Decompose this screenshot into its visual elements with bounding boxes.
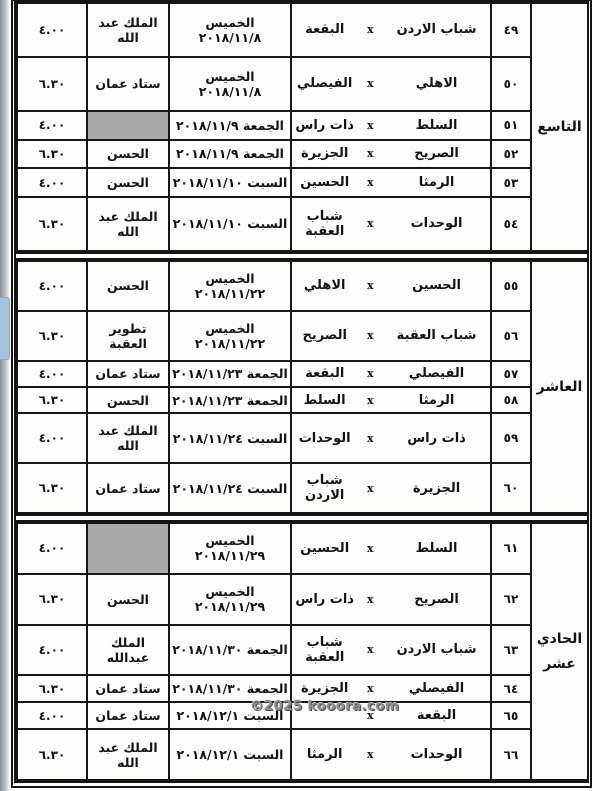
date-cell: الجمعة ٢٠١٨/١١/٢٣ <box>169 387 291 413</box>
match-number: ٦٦ <box>491 729 531 780</box>
match-number: ٥٨ <box>491 387 531 413</box>
stadium-cell: ستاد عمان <box>87 361 169 387</box>
date-cell: الخميس ٢٠١٨/١١/٢٩ <box>169 523 291 574</box>
table-row: ٦٣شباب الاردنxشباب العقبةالجمعة ٢٠١٨/١١/… <box>17 625 588 676</box>
table-row: ٥٨الرمثاxالسلطالجمعة ٢٠١٨/١١/٢٣الحسن٦.٣٠ <box>17 387 588 413</box>
match-cell: شباب الاردنxالبقعة <box>291 3 491 57</box>
round-section: التاسع٤٩شباب الاردنxالبقعةالخميس ٢٠١٨/١١… <box>16 2 589 252</box>
vs-mark: x <box>357 748 383 761</box>
vs-mark: x <box>357 77 383 90</box>
time-cell: ٦.٣٠ <box>17 57 87 111</box>
home-team: الوحدات <box>383 216 490 231</box>
time-cell: ٦.٣٠ <box>17 675 87 702</box>
match-number: ٥٧ <box>491 361 531 387</box>
vs-mark: x <box>357 643 383 656</box>
away-team: شباب العقبة <box>292 635 357 665</box>
home-team: الوحدات <box>383 747 490 762</box>
table-row: ٦٢الصريحxذات راسالخميس ٢٠١٨/١١/٢٩الحسن٦.… <box>17 574 588 625</box>
away-team: الفيصلي <box>292 76 357 91</box>
stadium-cell: الحسن <box>87 168 169 197</box>
date-cell: الجمعة ٢٠١٨/١١/٩ <box>169 111 291 140</box>
date-cell: السبت ٢٠١٨/١١/١٠ <box>169 197 291 251</box>
table-row: العاشر٥٥الحسينxالاهليالخميس ٢٠١٨/١١/٢٢ال… <box>17 261 588 311</box>
match-number: ٥٣ <box>491 168 531 197</box>
time-cell: ٤.٠٠ <box>17 523 87 574</box>
watermark: ©2025 kooora.com <box>250 698 399 714</box>
match-number: ٥٥ <box>491 261 531 311</box>
stadium-cell: تطوير العقبة <box>87 311 169 361</box>
home-team: السلط <box>383 541 490 556</box>
table-row: ٥٣الرمثاxالحسينالسبت ٢٠١٨/١١/١٠الحسن٤.٠٠ <box>17 168 588 197</box>
date-cell: الخميس ٢٠١٨/١١/٢٢ <box>169 261 291 311</box>
stadium-cell: الحسن <box>87 387 169 413</box>
home-team: شباب الاردن <box>383 22 490 37</box>
match-cell: الاهليxالفيصلي <box>291 57 491 111</box>
time-cell: ٤.٠٠ <box>17 3 87 57</box>
time-cell: ٤.٠٠ <box>17 111 87 140</box>
vs-mark: x <box>357 593 383 606</box>
table-row: ٥٢الصريحxالجزيرةالجمعة ٢٠١٨/١١/٩الحسن٦.٣… <box>17 140 588 169</box>
vs-mark: x <box>357 367 383 380</box>
match-cell: السلطxالحسين <box>291 523 491 574</box>
home-team: الحسين <box>383 278 490 293</box>
vs-mark: x <box>357 119 383 132</box>
round-section: الحاديعشر٦١السلطxالحسينالخميس ٢٠١٨/١١/٢٩… <box>16 522 589 781</box>
match-number: ٦٣ <box>491 625 531 676</box>
home-team: الصريح <box>383 146 490 161</box>
away-team: الصريح <box>292 328 357 343</box>
match-cell: الرمثاxالحسين <box>291 168 491 197</box>
date-cell: الخميس ٢٠١٨/١١/٨ <box>169 57 291 111</box>
stadium-cell: ستاد عمان <box>87 463 169 513</box>
match-number: ٥٢ <box>491 140 531 169</box>
date-cell: الجمعة ٢٠١٨/١١/٣٠ <box>169 625 291 676</box>
round-label: العاشر <box>531 261 588 513</box>
table-row: ٥٠الاهليxالفيصليالخميس ٢٠١٨/١١/٨ستاد عما… <box>17 57 588 111</box>
home-team: الجزيرة <box>383 481 490 496</box>
fixtures-sections: التاسع٤٩شباب الاردنxالبقعةالخميس ٢٠١٨/١١… <box>16 2 587 781</box>
time-cell: ٤.٠٠ <box>17 625 87 676</box>
match-cell: الرمثاxالسلط <box>291 387 491 413</box>
time-cell: ٤.٠٠ <box>17 261 87 311</box>
away-team: شباب الاردن <box>292 473 357 503</box>
away-team: الحسين <box>292 541 357 556</box>
vs-mark: x <box>357 394 383 407</box>
round-label-line: العاشر <box>534 379 585 395</box>
round-section: العاشر٥٥الحسينxالاهليالخميس ٢٠١٨/١١/٢٢ال… <box>16 260 589 514</box>
match-cell: شباب الاردنxشباب العقبة <box>291 625 491 676</box>
time-cell: ٤.٠٠ <box>17 168 87 197</box>
away-team: الجزيرة <box>292 681 357 696</box>
section-separator <box>16 252 587 260</box>
match-cell: الصريحxذات راس <box>291 574 491 625</box>
vs-mark: x <box>357 23 383 36</box>
table-row: ٥٤الوحداتxشباب العقبةالسبت ٢٠١٨/١١/١٠الم… <box>17 197 588 251</box>
time-cell: ٦.٣٠ <box>17 729 87 780</box>
away-team: ذات راس <box>292 118 357 133</box>
table-row: الحاديعشر٦١السلطxالحسينالخميس ٢٠١٨/١١/٢٩… <box>17 523 588 574</box>
away-team: شباب العقبة <box>292 209 357 239</box>
vs-mark: x <box>357 176 383 189</box>
match-number: ٥١ <box>491 111 531 140</box>
round-label: التاسع <box>531 3 588 251</box>
stadium-cell: الملك عبد الله <box>87 3 169 57</box>
match-number: ٥٩ <box>491 413 531 463</box>
away-team: السلط <box>292 393 357 408</box>
stadium-cell: الملك عبد الله <box>87 197 169 251</box>
stadium-cell <box>87 523 169 574</box>
date-cell: السبت ٢٠١٨/١١/٢٤ <box>169 413 291 463</box>
table-row: ٥٩ذات راسxالوحداتالسبت ٢٠١٨/١١/٢٤الملك ع… <box>17 413 588 463</box>
match-number: ٥٦ <box>491 311 531 361</box>
section-separator <box>16 514 587 522</box>
date-cell: الجمعة ٢٠١٨/١١/٩ <box>169 140 291 169</box>
stadium-cell: الحسن <box>87 574 169 625</box>
home-team: الاهلي <box>383 76 490 91</box>
match-cell: الوحداتxالرمثا <box>291 729 491 780</box>
match-number: ٥٠ <box>491 57 531 111</box>
time-cell: ٦.٣٠ <box>17 463 87 513</box>
round-label: الحاديعشر <box>531 523 588 780</box>
time-cell: ٦.٣٠ <box>17 574 87 625</box>
match-cell: الحسينxالاهلي <box>291 261 491 311</box>
round-label-line: عشر <box>534 656 585 672</box>
match-cell: الصريحxالجزيرة <box>291 140 491 169</box>
round-label-line: الحادي <box>534 631 585 647</box>
away-team: الوحدات <box>292 431 357 446</box>
table-row: ٥٧الفيصليxالبقعةالجمعة ٢٠١٨/١١/٢٣ستاد عم… <box>17 361 588 387</box>
table-row: التاسع٤٩شباب الاردنxالبقعةالخميس ٢٠١٨/١١… <box>17 3 588 57</box>
vs-mark: x <box>357 542 383 555</box>
stadium-cell: الملك عبدالله <box>87 625 169 676</box>
date-cell: السبت ٢٠١٨/١١/٢٤ <box>169 463 291 513</box>
home-team: الفيصلي <box>383 681 490 696</box>
time-cell: ٦.٣٠ <box>17 197 87 251</box>
home-team: الرمثا <box>383 393 490 408</box>
away-team: البقعة <box>292 22 357 37</box>
time-cell: ٦.٣٠ <box>17 311 87 361</box>
match-cell: ذات راسxالوحدات <box>291 413 491 463</box>
away-team: ذات راس <box>292 592 357 607</box>
stadium-cell: ستاد عمان <box>87 702 169 729</box>
stadium-cell: ستاد عمان <box>87 675 169 702</box>
date-cell: الخميس ٢٠١٨/١١/٨ <box>169 3 291 57</box>
date-cell: الخميس ٢٠١٨/١١/٢٩ <box>169 574 291 625</box>
table-row: ٥١السلطxذات راسالجمعة ٢٠١٨/١١/٩٤.٠٠ <box>17 111 588 140</box>
match-cell: السلطxذات راس <box>291 111 491 140</box>
vs-mark: x <box>357 217 383 230</box>
home-team: السلط <box>383 118 490 133</box>
fixtures-table: التاسع٤٩شباب الاردنxالبقعةالخميس ٢٠١٨/١١… <box>11 0 592 788</box>
vs-mark: x <box>357 329 383 342</box>
stadium-cell: الحسن <box>87 140 169 169</box>
home-team: شباب العقبة <box>383 328 490 343</box>
match-number: ٦٥ <box>491 702 531 729</box>
match-cell: شباب العقبةxالصريح <box>291 311 491 361</box>
vs-mark: x <box>357 279 383 292</box>
away-team: البقعة <box>292 366 357 381</box>
stadium-cell: ستاد عمان <box>87 57 169 111</box>
match-number: ٦١ <box>491 523 531 574</box>
time-cell: ٤.٠٠ <box>17 361 87 387</box>
date-cell: الخميس ٢٠١٨/١١/٢٢ <box>169 311 291 361</box>
stadium-cell <box>87 111 169 140</box>
time-cell: ٤.٠٠ <box>17 702 87 729</box>
time-cell: ٤.٠٠ <box>17 413 87 463</box>
away-team: الجزيرة <box>292 146 357 161</box>
vs-mark: x <box>357 432 383 445</box>
scrollbar-thumb[interactable] <box>0 297 10 360</box>
home-team: الصريح <box>383 592 490 607</box>
match-cell: الوحداتxشباب العقبة <box>291 197 491 251</box>
stadium-cell: الملك عبد الله <box>87 413 169 463</box>
stadium-cell: الملك عبد الله <box>87 729 169 780</box>
time-cell: ٦.٣٠ <box>17 387 87 413</box>
table-row: ٦٠الجزيرةxشباب الاردنالسبت ٢٠١٨/١١/٢٤ستا… <box>17 463 588 513</box>
match-cell: الجزيرةxشباب الاردن <box>291 463 491 513</box>
vs-mark: x <box>357 482 383 495</box>
round-label-line: التاسع <box>534 119 585 135</box>
away-team: الاهلي <box>292 278 357 293</box>
date-cell: الجمعة ٢٠١٨/١١/٢٣ <box>169 361 291 387</box>
home-team: شباب الاردن <box>383 642 490 657</box>
vs-mark: x <box>357 147 383 160</box>
match-number: ٥٤ <box>491 197 531 251</box>
page-edge-strip <box>0 0 11 791</box>
table-row: ٥٦شباب العقبةxالصريحالخميس ٢٠١٨/١١/٢٢تطو… <box>17 311 588 361</box>
stadium-cell: الحسن <box>87 261 169 311</box>
away-team: الحسين <box>292 175 357 190</box>
match-number: ٦٢ <box>491 574 531 625</box>
table-row: ٦٦الوحداتxالرمثاالسبت ٢٠١٨/١٢/١الملك عبد… <box>17 729 588 780</box>
home-team: الفيصلي <box>383 366 490 381</box>
match-number: ٦٠ <box>491 463 531 513</box>
match-cell: الفيصليxالبقعة <box>291 361 491 387</box>
home-team: الرمثا <box>383 175 490 190</box>
vs-mark: x <box>357 682 383 695</box>
home-team: ذات راس <box>383 431 490 446</box>
date-cell: السبت ٢٠١٨/١٢/١ <box>169 729 291 780</box>
date-cell: السبت ٢٠١٨/١١/١٠ <box>169 168 291 197</box>
away-team: الرمثا <box>292 747 357 762</box>
match-number: ٦٤ <box>491 675 531 702</box>
time-cell: ٦.٣٠ <box>17 140 87 169</box>
match-number: ٤٩ <box>491 3 531 57</box>
